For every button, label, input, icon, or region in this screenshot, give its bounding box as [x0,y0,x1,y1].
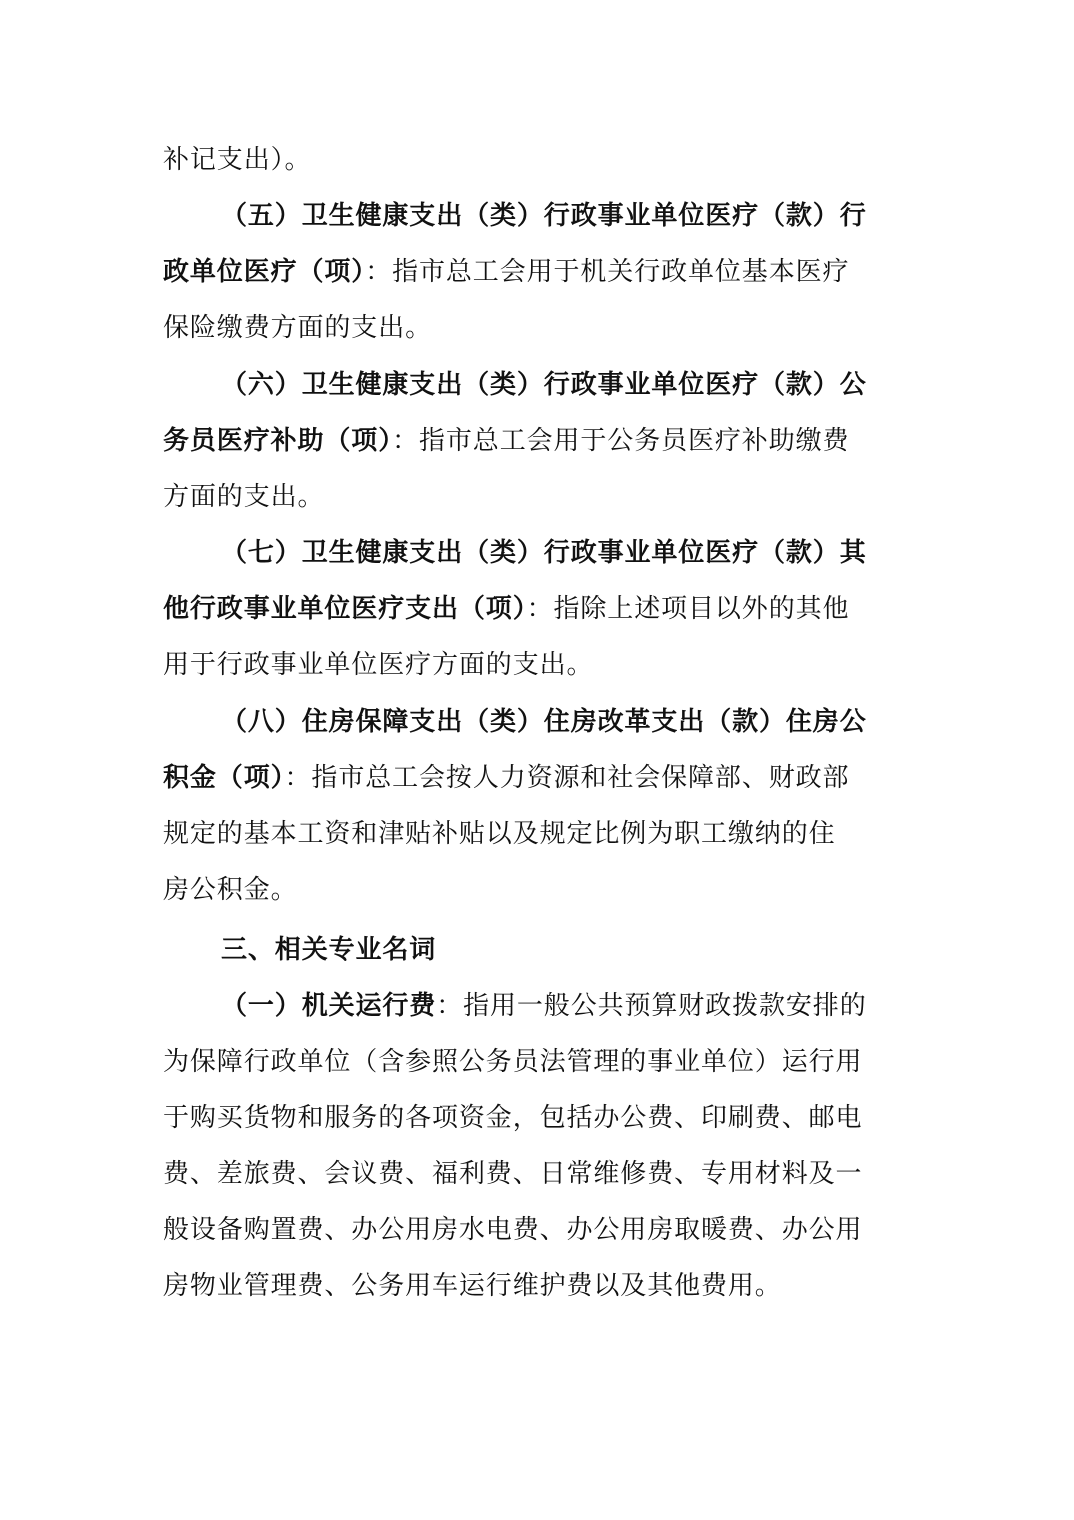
text-run: ：指市总工会用于机关行政单位基本医疗 [365,257,849,287]
chapter-heading-3: 三、相关专业名词 [163,922,436,978]
text-run: ：指除上述项目以外的其他 [527,594,850,624]
heading-run: 他行政事业单位医疗支出（项） [163,594,527,624]
text-run: 于购买货物和服务的各项资金，包括办公费、印刷费、邮电 [163,1103,862,1133]
heading-run: 积金（项） [163,763,285,793]
heading-run: （六）卫生健康支出（类）行政事业单位医疗（款）公 [221,370,867,400]
text-run: 保险缴费方面的支出。 [163,313,432,343]
text-line: 务员医疗补助（项）：指市总工会用于公务员医疗补助缴费 [163,413,849,469]
text-run: 般设备购置费、办公用房水电费、办公用房取暖费、办公用 [163,1215,862,1245]
text-run: 方面的支出。 [163,482,324,512]
heading-run: 政单位医疗（项） [163,257,365,287]
heading-run: （五）卫生健康支出（类）行政事业单位医疗（款）行 [221,201,867,231]
text-line: 保险缴费方面的支出。 [163,300,432,356]
text-run: 补记支出）。 [163,145,311,175]
heading-run: （八）住房保障支出（类）住房改革支出（款）住房公 [221,707,867,737]
text-line: 他行政事业单位医疗支出（项）：指除上述项目以外的其他 [163,581,849,637]
text-line: 积金（项）：指市总工会按人力资源和社会保障部、财政部 [163,750,849,806]
section-heading-5: （五）卫生健康支出（类）行政事业单位医疗（款）行 [163,188,867,244]
heading-run: （七）卫生健康支出（类）行政事业单位医疗（款）其 [221,538,867,568]
heading-run: 务员医疗补助（项） [163,426,392,456]
text-run: 费、差旅费、会议费、福利费、日常维修费、专用材料及一 [163,1159,862,1189]
text-line: 补记支出）。 [163,132,311,188]
text-line: 为保障行政单位（含参照公务员法管理的事业单位）运行用 [163,1034,862,1090]
section-heading-7: （七）卫生健康支出（类）行政事业单位医疗（款）其 [163,525,867,581]
text-run: 房公积金。 [163,875,298,905]
text-line: 于购买货物和服务的各项资金，包括办公费、印刷费、邮电 [163,1090,862,1146]
text-line: 费、差旅费、会议费、福利费、日常维修费、专用材料及一 [163,1146,862,1202]
section-heading-8: （八）住房保障支出（类）住房改革支出（款）住房公 [163,694,867,750]
text-line: 规定的基本工资和津贴补贴以及规定比例为职工缴纳的住 [163,806,836,862]
text-line: 用于行政事业单位医疗方面的支出。 [163,637,593,693]
section-heading-6: （六）卫生健康支出（类）行政事业单位医疗（款）公 [163,357,867,413]
text-run: ：指用一般公共预算财政拨款安排的 [436,991,866,1021]
text-run: 规定的基本工资和津贴补贴以及规定比例为职工缴纳的住 [163,819,836,849]
text-run: 为保障行政单位（含参照公务员法管理的事业单位）运行用 [163,1047,862,1077]
text-run: 用于行政事业单位医疗方面的支出。 [163,650,593,680]
text-line: 般设备购置费、办公用房水电费、办公用房取暖费、办公用 [163,1202,862,1258]
text-line: 政单位医疗（项）：指市总工会用于机关行政单位基本医疗 [163,244,849,300]
text-run: ：指市总工会按人力资源和社会保障部、财政部 [285,763,850,793]
text-line: 方面的支出。 [163,469,324,525]
text-line: 房物业管理费、公务用车运行维护费以及其他费用。 [163,1258,782,1314]
term-heading-1: （一）机关运行费：指用一般公共预算财政拨款安排的 [163,978,867,1034]
text-line: 房公积金。 [163,862,298,918]
heading-run: 三、相关专业名词 [221,935,436,965]
heading-run: （一）机关运行费 [221,991,436,1021]
text-run: ：指市总工会用于公务员医疗补助缴费 [392,426,849,456]
text-run: 房物业管理费、公务用车运行维护费以及其他费用。 [163,1271,782,1301]
